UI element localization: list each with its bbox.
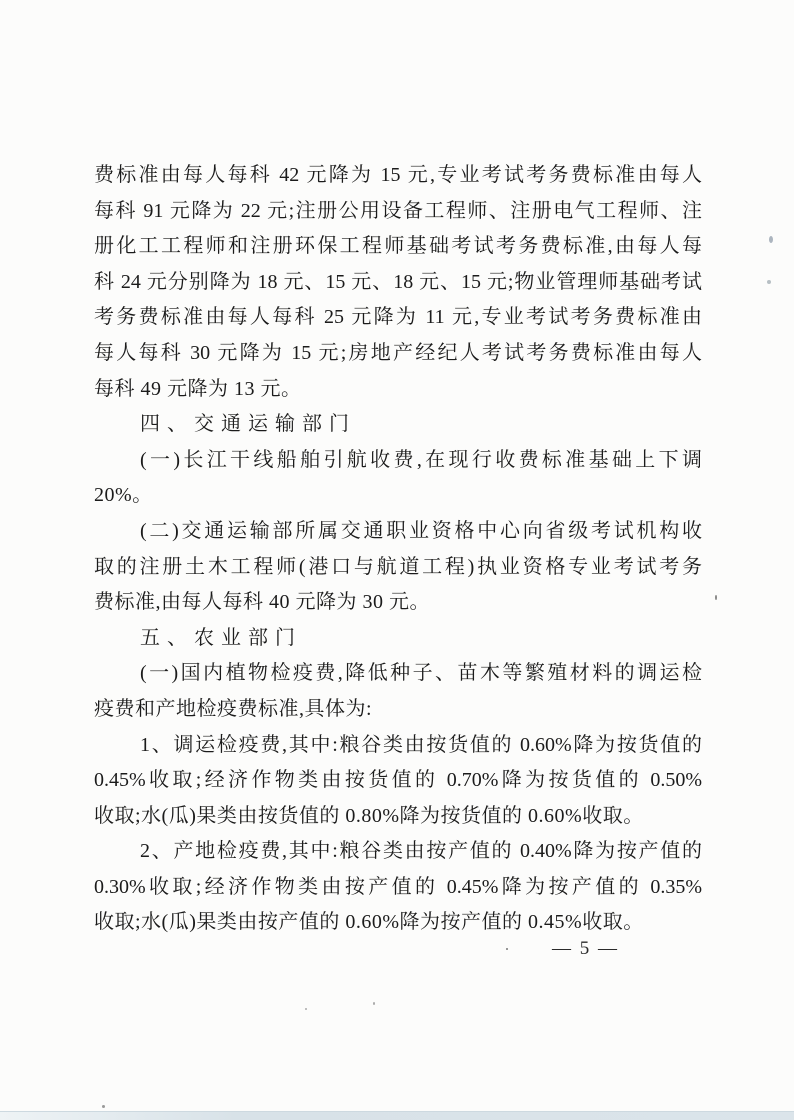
scan-speck: [769, 236, 773, 243]
document-line: 收取;水(瓜)果类由按产值的 0.60%降为按产值的 0.45%收取。: [94, 905, 702, 941]
document-line: 科 24 元分别降为 18 元、15 元、18 元、15 元;物业管理师基础考试: [94, 265, 702, 301]
document-line: 取的注册土木工程师(港口与航道工程)执业资格专业考试考务: [94, 550, 702, 586]
section-heading: 五、农业部门: [94, 621, 702, 657]
scan-speck: [767, 280, 771, 284]
scan-speck: [373, 1002, 375, 1005]
document-line: 每人每科 30 元降为 15 元;房地产经纪人考试考务费标准由每人: [94, 336, 702, 372]
document-line: 费标准由每人每科 42 元降为 15 元,专业考试考务费标准由每人: [94, 158, 702, 194]
scan-speck: [715, 595, 717, 600]
document-line: 20%。: [94, 478, 702, 514]
document-line: 疫费和产地检疫费标准,具体为:: [94, 692, 702, 728]
scan-speck: [305, 1008, 307, 1010]
document-line: 考务费标准由每人每科 25 元降为 11 元,专业考试考务费标准由: [94, 300, 702, 336]
document-line: 0.30%收取;经济作物类由按产值的 0.45%降为按产值的 0.35%: [94, 870, 702, 906]
scanned-document-page: 费标准由每人每科 42 元降为 15 元,专业考试考务费标准由每人 每科 91 …: [0, 0, 794, 1120]
page-number: — 5 —: [552, 938, 619, 960]
scan-speck: [506, 948, 508, 950]
document-line: 每科 91 元降为 22 元;注册公用设备工程师、注册电气工程师、注: [94, 194, 702, 230]
document-line: 费标准,由每人每科 40 元降为 30 元。: [94, 585, 702, 621]
document-line: 册化工工程师和注册环保工程师基础考试考务费标准,由每人每: [94, 229, 702, 265]
document-line: (一)国内植物检疫费,降低种子、苗木等繁殖材料的调运检: [94, 656, 702, 692]
document-line: 0.45%收取;经济作物类由按货值的 0.70%降为按货值的 0.50%: [94, 763, 702, 799]
document-line: 每科 49 元降为 13 元。: [94, 372, 702, 408]
scan-speck: [102, 1105, 105, 1108]
document-line: 收取;水(瓜)果类由按货值的 0.80%降为按货值的 0.60%收取。: [94, 799, 702, 835]
section-heading: 四、交通运输部门: [94, 407, 702, 443]
document-line: (二)交通运输部所属交通职业资格中心向省级考试机构收: [94, 514, 702, 550]
document-line: 1、调运检疫费,其中:粮谷类由按货值的 0.60%降为按货值的: [94, 728, 702, 764]
document-line: (一)长江干线船舶引航收费,在现行收费标准基础上下调: [94, 443, 702, 479]
scan-bottom-edge: [0, 1111, 794, 1120]
document-line: 2、产地检疫费,其中:粮谷类由按产值的 0.40%降为按产值的: [94, 834, 702, 870]
document-body: 费标准由每人每科 42 元降为 15 元,专业考试考务费标准由每人 每科 91 …: [94, 158, 702, 941]
